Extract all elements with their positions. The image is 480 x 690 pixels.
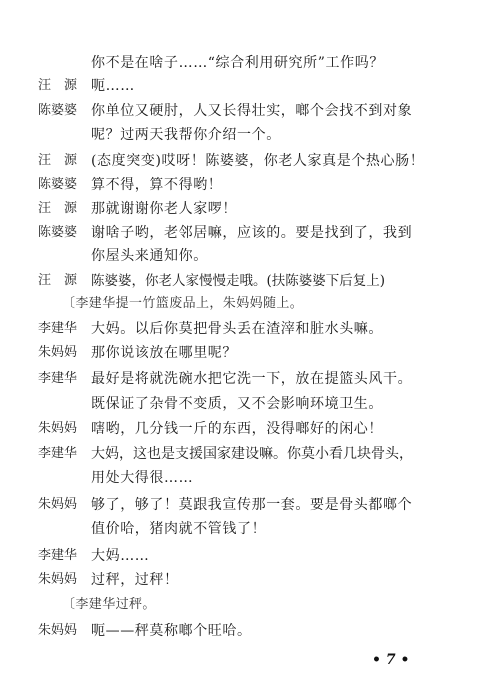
dialogue-line: 陈婆婆 算不得，算不得哟！ xyxy=(0,174,480,196)
dialogue-text: 最好是将就洗碗水把它洗一下，放在提篮头风干。 xyxy=(91,368,412,390)
speaker-name: 李建华 xyxy=(38,368,88,390)
dialogue-text: 呢？过两天我帮你介绍一个。 xyxy=(91,124,281,146)
speaker-name: 李建华 xyxy=(38,545,88,567)
dialogue-text: 你单位又硬肘，人又长得壮实，啷个会找不到对象 xyxy=(91,100,412,122)
dialogue-line: 李建华 最好是将就洗碗水把它洗一下，放在提篮头风干。 xyxy=(0,368,480,390)
dialogue-line: 呢？过两天我帮你介绍一个。 xyxy=(0,124,480,146)
dialogue-text: 那你说该放在哪里呢？ xyxy=(91,342,237,364)
speaker-name: 李建华 xyxy=(38,318,88,340)
dialogue-text: 你屋头来通知你。 xyxy=(91,245,208,267)
dialogue-line: 朱妈妈 呃——秤莫称啷个旺哈。 xyxy=(0,620,480,642)
dialogue-text: 够了，够了！莫跟我宣传那一套。要是骨头都啷个 xyxy=(91,494,412,516)
dialogue-line: 汪 源 呃…… xyxy=(0,75,480,97)
dialogue-line: 值价哈，猪肉就不管钱了！ xyxy=(0,518,480,540)
speaker-name: 汪 源 xyxy=(38,198,88,220)
dialogue-line: 陈婆婆 谢啥子哟，老邻居嘛，应该的。要是找到了，我到 xyxy=(0,222,480,244)
book-page: 你不是在啥子……“综合利用研究所”工作吗？ 汪 源 呃…… 陈婆婆 你单位又硬肘… xyxy=(0,0,480,690)
dialogue-text: 你不是在啥子……“综合利用研究所”工作吗？ xyxy=(91,52,384,74)
speaker-name: 朱妈妈 xyxy=(38,620,88,642)
speaker-name: 陈婆婆 xyxy=(38,174,88,196)
dialogue-text: 那就谢谢你老人家啰！ xyxy=(91,198,237,220)
dialogue-text: 大妈。以后你莫把骨头丢在渣滓和脏水头嘛。 xyxy=(91,318,383,340)
dialogue-line: 汪 源 陈婆婆，你老人家慢慢走哦。(扶陈婆婆下后复上) xyxy=(0,270,480,292)
dialogue-text: 既保证了杂骨不变质，又不会影响环境卫生。 xyxy=(91,393,383,415)
speaker-name: 汪 源 xyxy=(38,150,88,172)
dialogue-line: 汪 源 那就谢谢你老人家啰！ xyxy=(0,198,480,220)
dialogue-line: 用处大得很…… xyxy=(0,467,480,489)
speaker-name: 朱妈妈 xyxy=(38,494,88,516)
stage-direction: 〔李建华过秤。 xyxy=(0,594,480,616)
speaker-name: 朱妈妈 xyxy=(38,342,88,364)
dialogue-text: 谢啥子哟，老邻居嘛，应该的。要是找到了，我到 xyxy=(91,222,412,244)
dialogue-line: 朱妈妈 嗐哟，几分钱一斤的东西，没得啷好的闲心！ xyxy=(0,418,480,440)
dialogue-line: 李建华 大妈。以后你莫把骨头丢在渣滓和脏水头嘛。 xyxy=(0,318,480,340)
speaker-name: 汪 源 xyxy=(38,270,88,292)
dialogue-text: 值价哈，猪肉就不管钱了！ xyxy=(91,518,266,540)
dialogue-line: 你不是在啥子……“综合利用研究所”工作吗？ xyxy=(0,52,480,74)
dialogue-text: (态度突变)哎呀！陈婆婆，你老人家真是个热心肠！ xyxy=(91,150,424,172)
dialogue-text: 呃——秤莫称啷个旺哈。 xyxy=(91,620,252,642)
speaker-name: 朱妈妈 xyxy=(38,418,88,440)
dialogue-line: 汪 源 (态度突变)哎呀！陈婆婆，你老人家真是个热心肠！ xyxy=(0,150,480,172)
dialogue-line: 李建华 大妈，这也是支援国家建设嘛。你莫小看几块骨头， xyxy=(0,443,480,465)
dialogue-text: 嗐哟，几分钱一斤的东西，没得啷好的闲心！ xyxy=(91,418,383,440)
dialogue-line: 朱妈妈 那你说该放在哪里呢？ xyxy=(0,342,480,364)
dialogue-text: 大妈，这也是支援国家建设嘛。你莫小看几块骨头， xyxy=(91,443,413,465)
dialogue-text: 算不得，算不得哟！ xyxy=(91,174,222,196)
dialogue-text: 呃…… xyxy=(91,75,135,97)
dialogue-line: 朱妈妈 过秤，过秤！ xyxy=(0,569,480,591)
speaker-name: 陈婆婆 xyxy=(38,222,88,244)
speaker-name: 李建华 xyxy=(38,443,88,465)
stage-direction-text: 〔李建华提一竹篮废品上，朱妈妈随上。 xyxy=(62,293,303,315)
speaker-name: 汪 源 xyxy=(38,75,88,97)
speaker-name: 陈婆婆 xyxy=(38,100,88,122)
dialogue-line: 陈婆婆 你单位又硬肘，人又长得壮实，啷个会找不到对象 xyxy=(0,100,480,122)
dialogue-line: 既保证了杂骨不变质，又不会影响环境卫生。 xyxy=(0,393,480,415)
dialogue-text: 陈婆婆，你老人家慢慢走哦。(扶陈婆婆下后复上) xyxy=(91,270,385,292)
dialogue-text: 大妈…… xyxy=(91,545,149,567)
page-number: • 7 • xyxy=(372,652,409,668)
dialogue-line: 你屋头来通知你。 xyxy=(0,245,480,267)
dialogue-line: 朱妈妈 够了，够了！莫跟我宣传那一套。要是骨头都啷个 xyxy=(0,494,480,516)
speaker-name: 朱妈妈 xyxy=(38,569,88,591)
dialogue-text: 用处大得很…… xyxy=(91,467,193,489)
stage-direction-text: 〔李建华过秤。 xyxy=(62,594,156,616)
dialogue-text: 过秤，过秤！ xyxy=(91,569,179,591)
dialogue-line: 李建华 大妈…… xyxy=(0,545,480,567)
stage-direction: 〔李建华提一竹篮废品上，朱妈妈随上。 xyxy=(0,293,480,315)
